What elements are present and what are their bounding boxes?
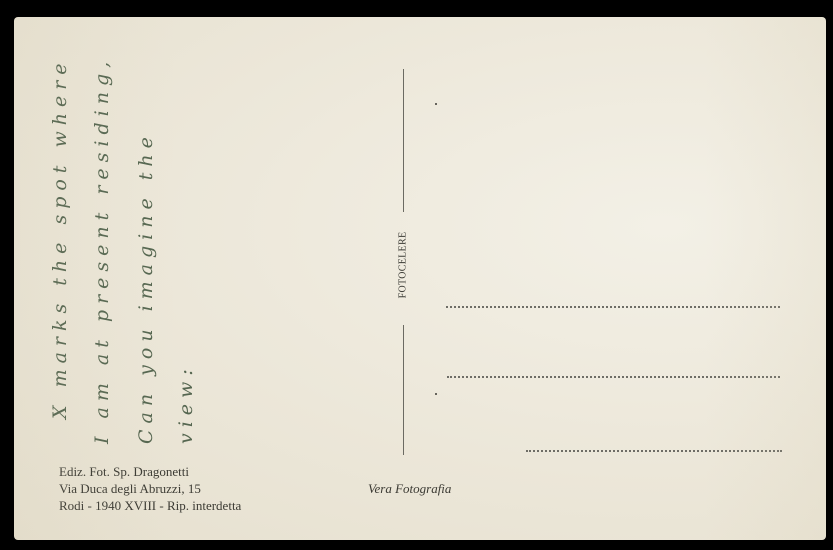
ink-speck xyxy=(435,393,437,395)
handwritten-line: view: xyxy=(175,363,197,444)
divider-label: FOTOCELERE xyxy=(398,232,409,299)
publisher-imprint: Ediz. Fot. Sp. Dragonetti Via Duca degli… xyxy=(59,463,241,514)
address-line-3 xyxy=(526,450,782,452)
handwritten-line: Can you imagine the xyxy=(135,131,157,444)
footer-label: Vera Fotografia xyxy=(368,481,451,497)
postcard-back: X marks the spot where I am at present r… xyxy=(14,17,826,540)
publisher-line: Via Duca degli Abruzzi, 15 xyxy=(59,480,241,497)
handwritten-line: I am at present residing, xyxy=(91,56,113,444)
publisher-line: Rodi - 1940 XVIII - Rip. interdetta xyxy=(59,497,241,514)
vertical-divider-top xyxy=(403,69,404,212)
handwritten-line: X marks the spot where xyxy=(49,57,71,419)
address-line-1 xyxy=(446,306,780,308)
handwritten-message: X marks the spot where I am at present r… xyxy=(39,77,399,437)
address-line-2 xyxy=(447,376,780,378)
vertical-divider-bottom xyxy=(403,325,404,455)
publisher-line: Ediz. Fot. Sp. Dragonetti xyxy=(59,463,241,480)
ink-speck xyxy=(435,103,437,105)
